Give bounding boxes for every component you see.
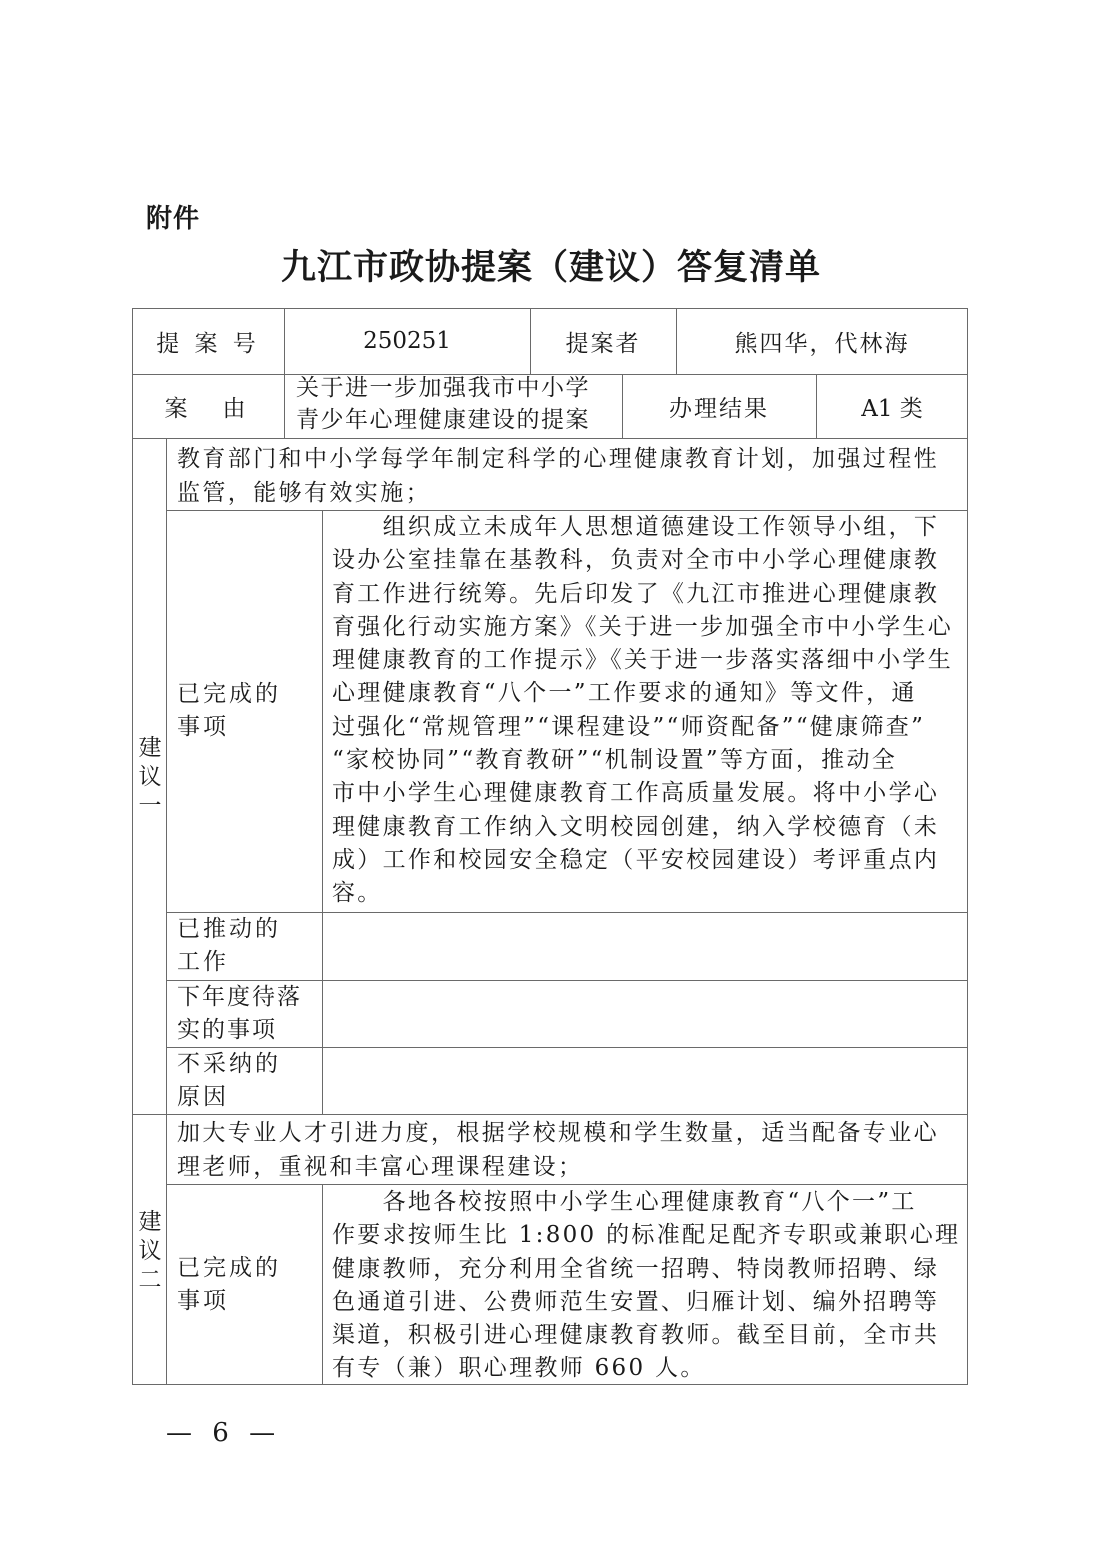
completed-line: 理健康教育的工作提示》《关于进一步落实落细中小学生	[332, 644, 953, 677]
label-char: 一	[133, 792, 167, 821]
row-divider	[132, 438, 968, 439]
row-divider	[166, 1047, 968, 1048]
completed-line: 有专（兼）职心理教师 660 人。	[332, 1352, 960, 1385]
label-char: 议	[133, 763, 167, 792]
completed-line: 容。	[332, 877, 953, 910]
completed-line: 市中小学生心理健康教育工作高质量发展。将中小学心	[332, 777, 953, 810]
subject-label: 案 由	[132, 374, 284, 438]
completed-line: 色通道引进、公费师范生安置、归雁计划、编外招聘等	[332, 1286, 960, 1319]
label-char: 建	[133, 734, 167, 763]
subject-line: 关于进一步加强我市中小学	[296, 372, 590, 404]
proposers-value: 熊四华，代林海	[676, 308, 968, 374]
content-line: 加大专业人才引进力度，根据学校规模和学生数量，适当配备专业心	[177, 1117, 939, 1151]
completed-label: 已完成的 事项	[177, 1252, 281, 1318]
attachment-label: 附件	[146, 198, 200, 235]
completed-line: 成）工作和校园安全稳定（平安校园建设）考评重点内	[332, 844, 953, 877]
suggestion-label: 建 议 二	[133, 1208, 167, 1295]
proposer-label: 提案者	[530, 308, 676, 374]
completed-line: 设办公室挂靠在基教科，负责对全市中小学心理健康教	[332, 544, 953, 577]
completed-line: “家校协同”“教育教研”“机制设置”等方面，推动全	[332, 744, 953, 777]
next-year-label: 下年度待落 实的事项	[177, 981, 302, 1047]
completed-line: 过强化“常规管理”“课程建设”“师资配备”“健康筛查”	[332, 711, 953, 744]
label-char: 建	[133, 1208, 167, 1237]
col-divider	[322, 510, 323, 1114]
subject-line: 青少年心理健康建设的提案	[296, 404, 590, 436]
page-number: — 6 —	[166, 1418, 281, 1448]
label-line: 工作	[177, 946, 281, 979]
row-divider	[132, 1114, 968, 1115]
label-line: 事项	[177, 1285, 281, 1318]
content-line: 理老师，重视和丰富心理课程建设；	[177, 1151, 939, 1185]
completed-content: 各地各校按照中小学生心理健康教育“八个一”工 作要求按师生比 1:800 的标准…	[332, 1186, 960, 1386]
label-line: 实的事项	[177, 1014, 302, 1047]
suggestion-content: 加大专业人才引进力度，根据学校规模和学生数量，适当配备专业心 理老师，重视和丰富…	[177, 1117, 939, 1184]
col-divider	[322, 1184, 323, 1385]
label-line: 已推动的	[177, 913, 281, 946]
suggestion-label: 建 议 一	[133, 734, 167, 821]
label-line: 不采纳的	[177, 1048, 281, 1081]
label-char: 议	[133, 1237, 167, 1266]
label-char: 二	[133, 1266, 167, 1295]
completed-line: 作要求按师生比 1:800 的标准配足配齐专职或兼职心理	[332, 1219, 960, 1252]
completed-line: 理健康教育工作纳入文明校园创建，纳入学校德育（未	[332, 811, 953, 844]
promoted-label: 已推动的 工作	[177, 913, 281, 979]
result-label: 办理结果	[622, 374, 816, 438]
completed-label: 已完成的 事项	[177, 678, 281, 744]
completed-line: 育强化行动实施方案》《关于进一步加强全市中小学生心	[332, 611, 953, 644]
rejected-label: 不采纳的 原因	[177, 1048, 281, 1114]
completed-line: 健康教师，充分利用全省统一招聘、特岗教师招聘、绿	[332, 1253, 960, 1286]
row-divider	[166, 912, 968, 913]
content-line: 教育部门和中小学每学年制定科学的心理健康教育计划，加强过程性	[177, 443, 939, 477]
proposal-no-value: 250251	[284, 308, 530, 374]
label-line: 原因	[177, 1081, 281, 1114]
label-line: 下年度待落	[177, 981, 302, 1014]
completed-line: 各地各校按照中小学生心理健康教育“八个一”工	[332, 1186, 960, 1219]
suggestion-content: 教育部门和中小学每学年制定科学的心理健康教育计划，加强过程性 监管，能够有效实施…	[177, 443, 939, 510]
completed-line: 渠道，积极引进心理健康教育教师。截至目前，全市共	[332, 1319, 960, 1352]
label-line: 事项	[177, 711, 281, 744]
subject-value: 关于进一步加强我市中小学 青少年心理健康建设的提案	[296, 372, 590, 436]
completed-content: 组织成立未成年人思想道德建设工作领导小组，下 设办公室挂靠在基教科，负责对全市中…	[332, 511, 953, 911]
page-title: 九江市政协提案（建议）答复清单	[0, 240, 1102, 290]
completed-line: 组织成立未成年人思想道德建设工作领导小组，下	[332, 511, 953, 544]
row-divider	[166, 1184, 968, 1185]
label-line: 已完成的	[177, 678, 281, 711]
label-line: 已完成的	[177, 1252, 281, 1285]
result-value: A1 类	[816, 374, 968, 438]
completed-line: 育工作进行统筹。先后印发了《九江市推进心理健康教	[332, 578, 953, 611]
proposal-no-label: 提 案 号	[132, 308, 284, 374]
completed-line: 心理健康教育“八个一”工作要求的通知》等文件，通	[332, 677, 953, 710]
content-line: 监管，能够有效实施；	[177, 477, 939, 511]
